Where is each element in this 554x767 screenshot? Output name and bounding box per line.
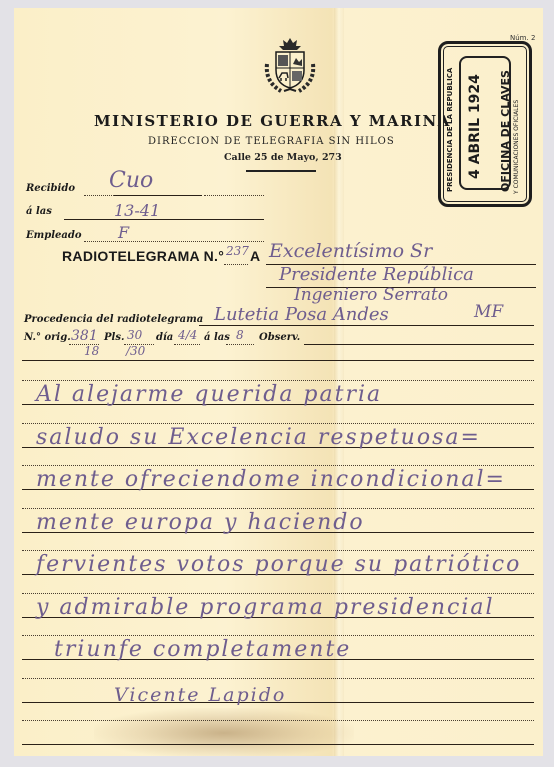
telegram-paper: Núm. 2 MINISTERIO DE GUERRA Y MARINA DIR… [14, 8, 543, 756]
rule [226, 344, 254, 345]
message-line: saludo su Excelencia respetuosa= [36, 425, 481, 450]
rule [22, 508, 534, 509]
direction-subtitle: DIRECCION DE TELEGRAFIA SIN HILOS [148, 136, 395, 147]
radiotelegrama-number: 237 [226, 244, 249, 258]
paper-stain [94, 708, 354, 756]
message-line: mente ofreciendome incondicional= [36, 467, 506, 492]
below-value-1: 18 [84, 344, 99, 358]
procedencia-value: Lutetia Posa Andes [214, 304, 389, 325]
below-value-2: /30 [126, 344, 145, 358]
rule [22, 380, 534, 381]
stamp-line-oficina: OFICINA DE CLAVES [499, 70, 512, 192]
rule [22, 550, 534, 551]
a-las-value: 13-41 [114, 201, 160, 220]
stamp-date: 4 ABRIL 1924 [467, 74, 483, 179]
message-line: mente europa y haciendo [36, 510, 365, 535]
rule [22, 744, 534, 745]
pls-label: Pls. [104, 332, 124, 343]
rule [22, 720, 534, 721]
rule [84, 195, 114, 196]
rule [22, 465, 534, 466]
rule [22, 423, 534, 424]
empleado-label: Empleado [26, 230, 82, 241]
rule [304, 344, 534, 345]
recibido-label: Recibido [26, 183, 75, 194]
header-divider [246, 170, 316, 172]
dia-value: 4/4 [178, 328, 197, 342]
pls-value: 30 [127, 328, 142, 342]
a-las2-label: á las [204, 332, 230, 343]
rule [22, 360, 534, 361]
a-recipient-label: A [250, 248, 260, 264]
message-line: Al alejarme querida patria [36, 382, 382, 407]
procedencia-extra: MF [474, 302, 503, 322]
stamp-line-presidencia: PRESIDENCIA DE LA REPUBLICA [446, 68, 454, 192]
rule [174, 344, 200, 345]
recipient-line-2: Presidente República [279, 264, 474, 285]
message-line: y admirable programa presidencial [36, 595, 495, 620]
orig-label: N.° orig. [24, 332, 71, 343]
orig-value: 381 [71, 328, 98, 344]
recibido-value: Cuo [109, 168, 153, 193]
recipient-line-3: Ingeniero Serrato [294, 285, 448, 305]
observ-label: Observ. [259, 332, 300, 343]
reception-stamp: PRESIDENCIA DE LA REPUBLICA 4 ABRIL 1924… [438, 41, 532, 207]
rule [204, 195, 264, 196]
stamp-line-comunicaciones: Y COMUNICACIONES OFICIALES [513, 100, 520, 194]
a-las-label: á las [26, 206, 52, 217]
rule [22, 678, 534, 679]
signature: Vicente Lapido [114, 684, 286, 706]
rule [64, 219, 264, 220]
rule [22, 593, 534, 594]
message-line: fervientes votos porque su patriótico [36, 552, 521, 577]
rule [114, 195, 202, 196]
message-line: triunfe completamente [54, 637, 351, 662]
address-line: Calle 25 de Mayo, 273 [224, 152, 342, 163]
radiotelegrama-label: RADIOTELEGRAMA N.° [62, 248, 224, 264]
empleado-value: F [118, 223, 129, 242]
procedencia-label: Procedencia del radiotelegrama [24, 314, 203, 325]
coat-of-arms-icon [259, 34, 321, 96]
rule [224, 264, 248, 265]
a-las2-value: 8 [236, 328, 244, 342]
rule [199, 325, 534, 326]
rule [84, 241, 264, 242]
recipient-line-1: Excelentísimo Sr [269, 240, 432, 262]
dia-label: día [156, 332, 173, 343]
rule [22, 635, 534, 636]
